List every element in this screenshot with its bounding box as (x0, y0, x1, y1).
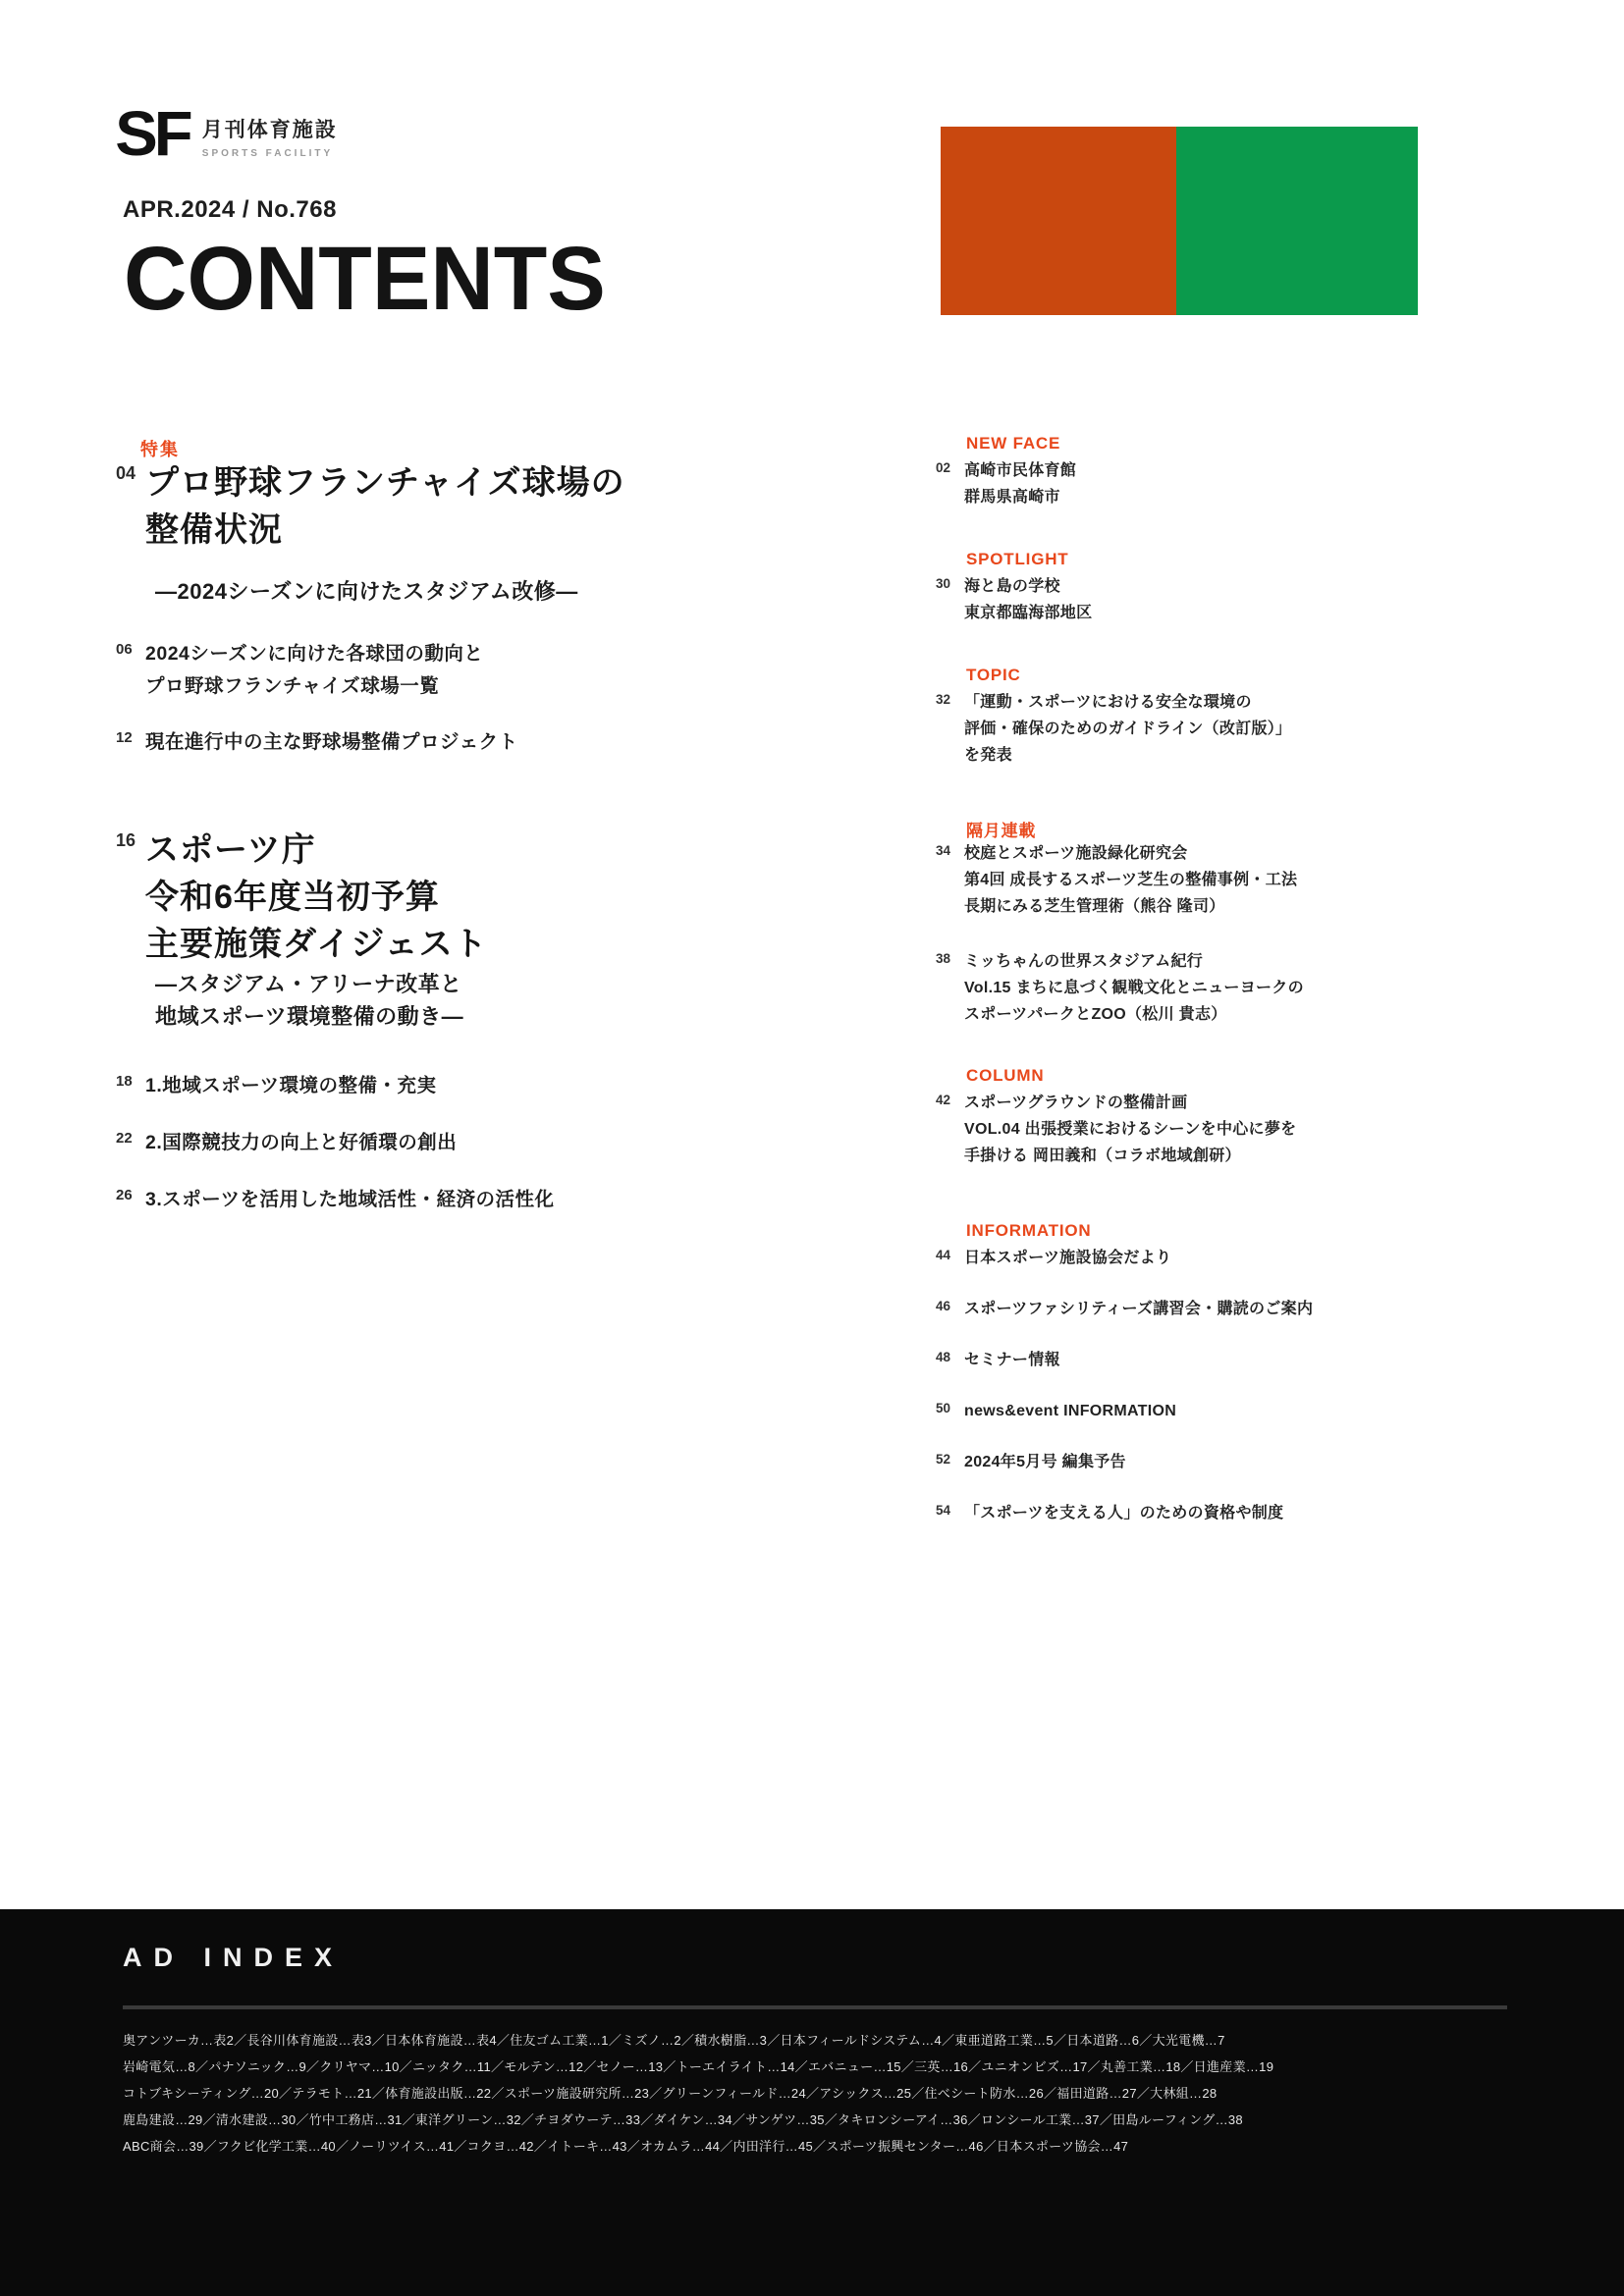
feature2-subtitle-line2: 地域スポーツ環境整備の動き― (155, 1000, 463, 1033)
item-page-number: 02 (911, 457, 950, 510)
item-line: 手掛ける 岡田義和（コラボ地域創研） (964, 1143, 1296, 1169)
item-line: 群馬県高崎市 (964, 484, 1076, 510)
feature2-title-line2: 令和6年度当初予算 (145, 874, 488, 921)
feature1-title-line2: 整備状況 (145, 507, 625, 554)
item-line: 校庭とスポーツ施設緑化研究会 (964, 840, 1297, 867)
toc-item: 52 2024年5月号 編集予告 (911, 1449, 1461, 1475)
item-line: 評価・確保のためのガイドライン（改訂版）」 (964, 716, 1291, 742)
ad-index-line: コトブキシーティング…20／テラモト…21／体育施設出版…22／スポーツ施設研究… (123, 2080, 1509, 2107)
item-line: 東京都臨海部地区 (964, 600, 1092, 626)
item-page-number: 22 (116, 1127, 145, 1147)
page-root: { "header": { "logo": { "sf": "SF", "jp"… (0, 0, 1624, 2296)
section-heading-bimonthly-serial: 隔月連載 (966, 817, 1036, 841)
item-line: ミッちゃんの世界スタジアム紀行 (964, 948, 1304, 975)
item-page-number: 30 (911, 573, 950, 626)
item-page-number: 46 (911, 1296, 950, 1322)
page-title: CONTENTS (124, 234, 606, 324)
feature2-item: 26 3.スポーツを活用した地域活性・経済の活性化 (116, 1184, 554, 1216)
item-page-number: 32 (911, 689, 950, 769)
section-heading-new-face: NEW FACE (966, 434, 1060, 454)
item-line: VOL.04 出張授業におけるシーンを中心に夢を (964, 1116, 1296, 1143)
item-title: 高崎市民体育館 群馬県高崎市 (964, 457, 1076, 510)
toc-item: 38 ミッちゃんの世界スタジアム紀行 Vol.15 まちに息づく観戦文化とニュー… (911, 948, 1461, 1028)
item-line: 「運動・スポーツにおける安全な環境の (964, 689, 1291, 716)
toc-item: 02 高崎市民体育館 群馬県高崎市 (911, 457, 1461, 510)
item-title: セミナー情報 (964, 1347, 1060, 1373)
feature1-item: 12 現在進行中の主な野球場整備プロジェクト (116, 726, 518, 759)
item-page-number: 26 (116, 1184, 145, 1203)
section-heading-spotlight: SPOTLIGHT (966, 550, 1068, 569)
feature2-page-number: 16 (116, 827, 145, 851)
item-page-number: 52 (911, 1449, 950, 1475)
item-page-number: 42 (911, 1090, 950, 1169)
ad-index-line: 鹿島建設…29／清水建設…30／竹中工務店…31／東洋グリーン…32／チヨダウー… (123, 2107, 1509, 2133)
toc-item: 42 スポーツグラウンドの整備計画 VOL.04 出張授業におけるシーンを中心に… (911, 1090, 1461, 1169)
item-title: news&event INFORMATION (964, 1398, 1176, 1424)
item-page-number: 06 (116, 638, 145, 658)
item-title: 現在進行中の主な野球場整備プロジェクト (145, 726, 518, 759)
section-heading-topic: TOPIC (966, 666, 1021, 685)
feature2-title-line3: 主要施策ダイジェスト (145, 921, 488, 968)
feature1-title-line1: プロ野球フランチャイズ球場の (145, 459, 625, 507)
item-title: 校庭とスポーツ施設緑化研究会 第4回 成長するスポーツ芝生の整備事例・工法 長期… (964, 840, 1297, 920)
brand: SF 月刊体育施設 SPORTS FACILITY (116, 104, 338, 164)
toc-item: 34 校庭とスポーツ施設緑化研究会 第4回 成長するスポーツ芝生の整備事例・工法… (911, 840, 1461, 920)
item-title: 1.地域スポーツ環境の整備・充実 (145, 1070, 436, 1102)
sf-logo: SF (115, 104, 189, 164)
item-title: 2.国際競技力の向上と好循環の創出 (145, 1127, 457, 1159)
feature1: 04 プロ野球フランチャイズ球場の 整備状況 (116, 459, 625, 554)
item-title: ミッちゃんの世界スタジアム紀行 Vol.15 まちに息づく観戦文化とニューヨーク… (964, 948, 1304, 1028)
item-title: スポーツグラウンドの整備計画 VOL.04 出張授業におけるシーンを中心に夢を … (964, 1090, 1296, 1169)
brand-text: 月刊体育施設 SPORTS FACILITY (202, 104, 338, 159)
item-title: 2024年5月号 編集予告 (964, 1449, 1126, 1475)
ad-index-line: ABC商会…39／フクビ化学工業…40／ノーリツイス…41／コクヨ…42／イトー… (123, 2133, 1509, 2160)
item-page-number: 48 (911, 1347, 950, 1373)
item-page-number: 54 (911, 1500, 950, 1526)
item-page-number: 18 (116, 1070, 145, 1090)
issue-number: APR.2024 / No.768 (123, 196, 337, 224)
ad-index-line: 奥アンツーカ…表2／長谷川体育施設…表3／日本体育施設…表4／住友ゴム工業…1／… (123, 2027, 1509, 2054)
item-line: プロ野球フランチャイズ球場一覧 (145, 670, 483, 703)
ad-index-body: 奥アンツーカ…表2／長谷川体育施設…表3／日本体育施設…表4／住友ゴム工業…1／… (123, 2027, 1509, 2160)
item-line: 海と島の学校 (964, 573, 1092, 600)
item-title: 「スポーツを支える人」のための資格や制度 (964, 1500, 1283, 1526)
section-heading-information: INFORMATION (966, 1221, 1091, 1241)
feature-label: 特集 (140, 436, 180, 461)
item-line: スポーツパークとZOO（松川 貴志） (964, 1001, 1304, 1028)
item-title: 日本スポーツ施設協会だより (964, 1245, 1171, 1271)
item-title: 2024シーズンに向けた各球団の動向と プロ野球フランチャイズ球場一覧 (145, 638, 483, 703)
item-line: Vol.15 まちに息づく観戦文化とニューヨークの (964, 975, 1304, 1001)
item-page-number: 38 (911, 948, 950, 1028)
item-line: 2024シーズンに向けた各球団の動向と (145, 638, 483, 670)
item-title: 「運動・スポーツにおける安全な環境の 評価・確保のためのガイドライン（改訂版）」… (964, 689, 1291, 769)
brand-jp-title: 月刊体育施設 (202, 114, 338, 143)
feature2-subtitle-line1: ―スタジアム・アリーナ改革と (155, 968, 463, 1000)
feature1-subtitle: ―2024シーズンに向けたスタジアム改修― (155, 575, 578, 608)
feature2-item: 18 1.地域スポーツ環境の整備・充実 (116, 1070, 436, 1102)
item-title: 3.スポーツを活用した地域活性・経済の活性化 (145, 1184, 554, 1216)
item-page-number: 50 (911, 1398, 950, 1424)
ad-index-footer: AD INDEX 奥アンツーカ…表2／長谷川体育施設…表3／日本体育施設…表4／… (0, 1909, 1624, 2296)
item-line: 現在進行中の主な野球場整備プロジェクト (145, 726, 518, 759)
toc-item: 32 「運動・スポーツにおける安全な環境の 評価・確保のためのガイドライン（改訂… (911, 689, 1461, 769)
feature2-subtitle: ―スタジアム・アリーナ改革と 地域スポーツ環境整備の動き― (155, 968, 463, 1033)
section-heading-column: COLUMN (966, 1066, 1044, 1086)
ad-index-title: AD INDEX (123, 1943, 344, 1973)
item-page-number: 12 (116, 726, 145, 746)
item-line: 高崎市民体育館 (964, 457, 1076, 484)
feature2: 16 スポーツ庁 令和6年度当初予算 主要施策ダイジェスト (116, 827, 488, 968)
toc-item: 30 海と島の学校 東京都臨海部地区 (911, 573, 1461, 626)
toc-item: 44 日本スポーツ施設協会だより (911, 1245, 1461, 1271)
item-title: 海と島の学校 東京都臨海部地区 (964, 573, 1092, 626)
item-line: を発表 (964, 742, 1291, 769)
feature2-title-line1: スポーツ庁 (145, 827, 488, 874)
ad-index-divider (123, 2005, 1507, 2009)
feature1-page-number: 04 (116, 459, 145, 484)
ad-index-line: 岩崎電気…8／パナソニック…9／クリヤマ…10／ニッタク…11／モルテン…12／… (123, 2054, 1509, 2080)
feature2-item: 22 2.国際競技力の向上と好循環の創出 (116, 1127, 457, 1159)
feature1-title: プロ野球フランチャイズ球場の 整備状況 (145, 459, 625, 554)
green-block (1176, 127, 1418, 315)
item-page-number: 44 (911, 1245, 950, 1271)
toc-item: 48 セミナー情報 (911, 1347, 1461, 1373)
brand-subtitle: SPORTS FACILITY (202, 148, 338, 159)
item-line: スポーツグラウンドの整備計画 (964, 1090, 1296, 1116)
item-line: 第4回 成長するスポーツ芝生の整備事例・工法 (964, 867, 1297, 893)
toc-item: 50 news&event INFORMATION (911, 1398, 1461, 1424)
item-page-number: 34 (911, 840, 950, 920)
orange-block (941, 127, 1176, 315)
feature2-title: スポーツ庁 令和6年度当初予算 主要施策ダイジェスト (145, 827, 488, 968)
toc-item: 46 スポーツファシリティーズ講習会・購読のご案内 (911, 1296, 1461, 1322)
item-line: 長期にみる芝生管理術（熊谷 隆司） (964, 893, 1297, 920)
feature1-item: 06 2024シーズンに向けた各球団の動向と プロ野球フランチャイズ球場一覧 (116, 638, 483, 703)
toc-item: 54 「スポーツを支える人」のための資格や制度 (911, 1500, 1461, 1526)
item-title: スポーツファシリティーズ講習会・購読のご案内 (964, 1296, 1313, 1322)
